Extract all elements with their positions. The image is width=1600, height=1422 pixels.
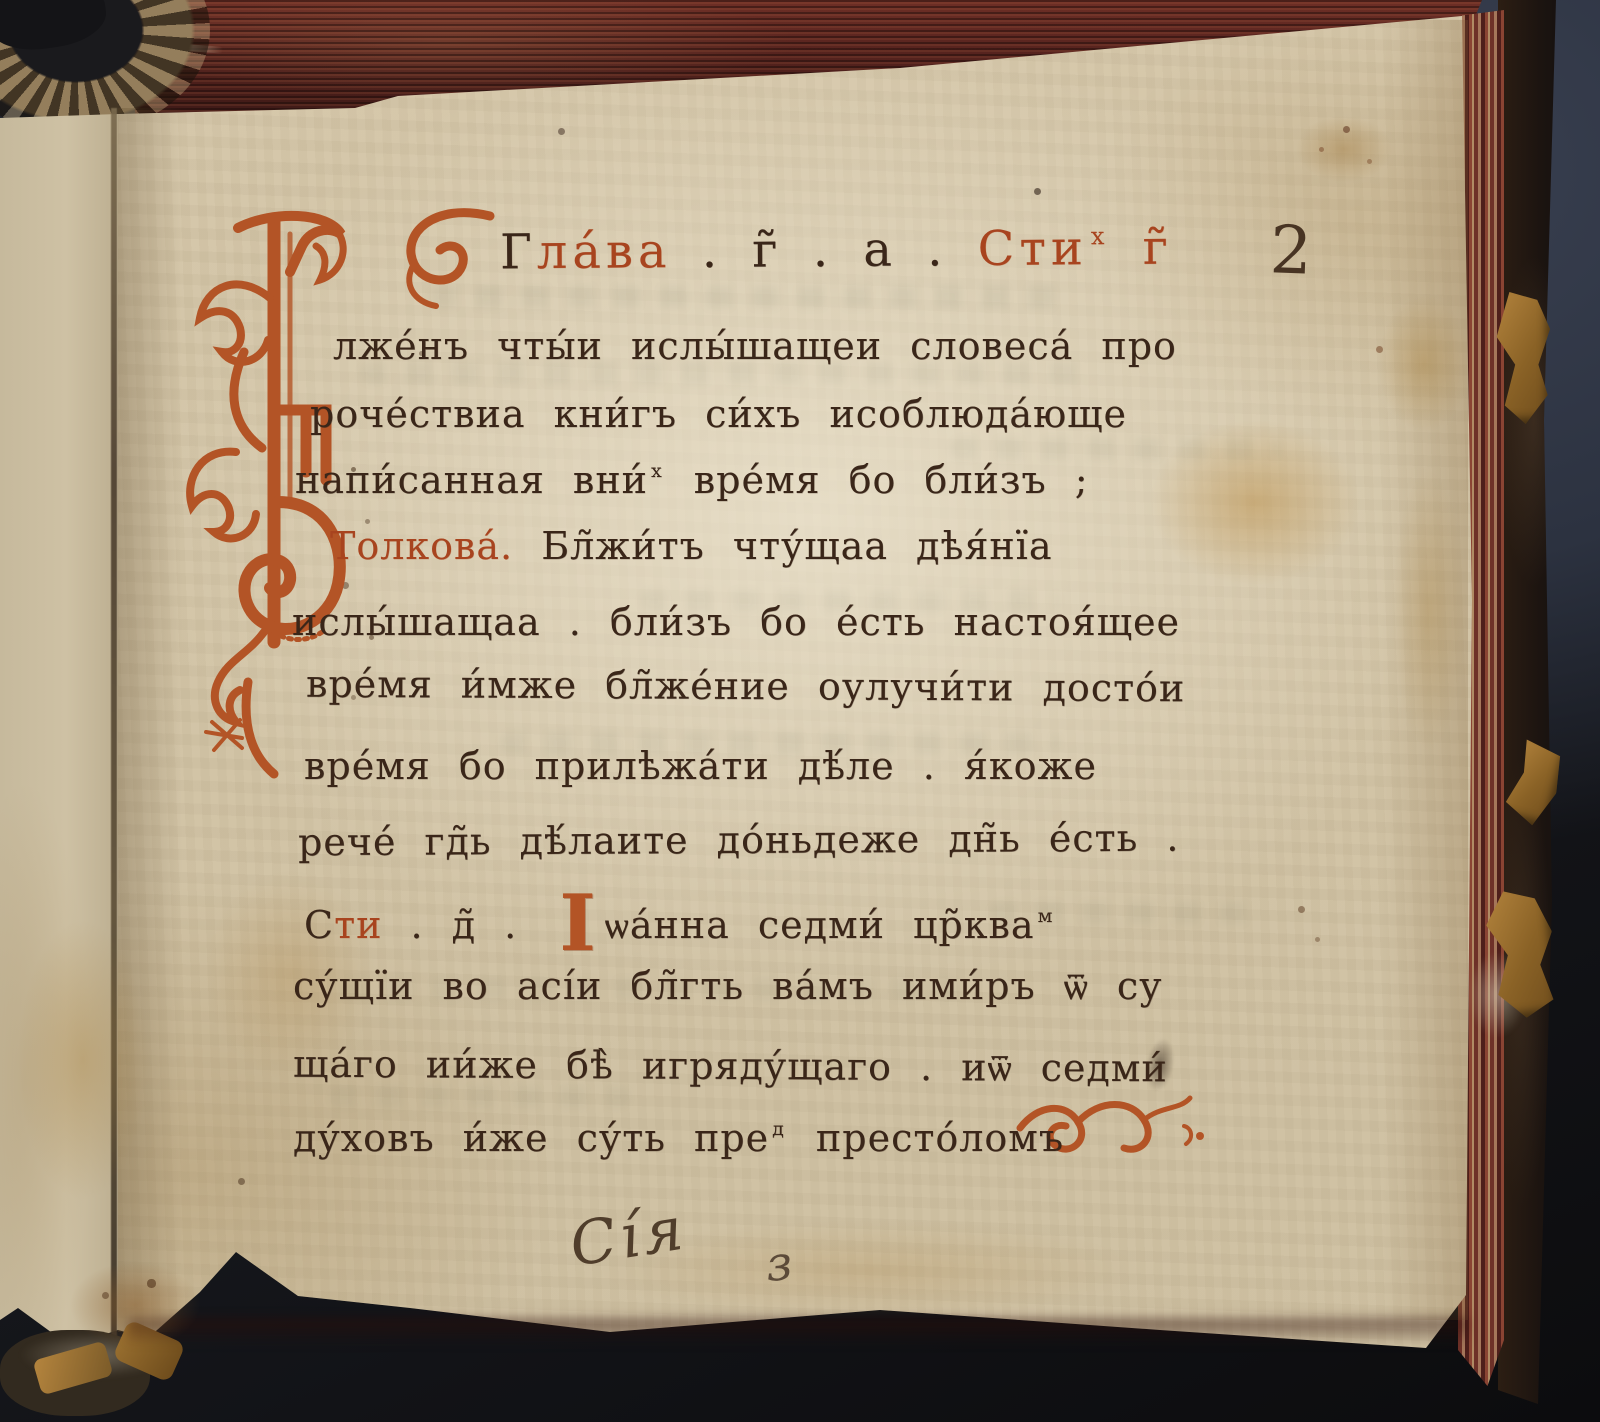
text-line: Сти . д̃ . Іѡа́нна седми́ цр̃квам — [304, 878, 1056, 969]
text-line: ща́го ии́же бѣ̀ игряду́щаго . иѿ седми́ — [293, 1042, 1168, 1092]
text-line: рече́ гд̃ь дѣ́лаите до́ньдеже дн̃ь е́сть… — [298, 816, 1180, 865]
parchment-stain — [1392, 470, 1466, 750]
ink-text: х — [651, 460, 663, 482]
ink-showthrough — [430, 286, 1070, 308]
text-line: Толкова́. Бл̃жи́тъ чту́щаа дѣя́нїа — [330, 524, 1052, 568]
rubric-initial: І — [559, 878, 596, 969]
ink-showthrough — [330, 1086, 630, 1108]
ink-text: рече́ гд̃ь дѣ́лаите до́ньдеже дн̃ь е́сть… — [298, 816, 1180, 865]
ink-text: ислы́шащаа . бли́зъ бо е́сть настоя́щее — [292, 600, 1180, 644]
ink-text: вре́мя и́мже бл̃же́ние оулучи́ти досто́и — [306, 662, 1186, 711]
ink-text: напи́санная вни́ — [295, 458, 648, 502]
ink-text: лже́нъ чты́и ислы́шащеи словеса́ про — [333, 324, 1177, 368]
text-line: напи́санная вни́х вре́мя бо бли́зъ ; — [295, 458, 1089, 502]
ink-text: . — [671, 223, 752, 280]
ink-text: м — [1038, 905, 1054, 927]
ink-text: . д̃ . — [382, 903, 545, 947]
text-line: су́щїи во асі́и бл̃гть ва́мъ ими́ръ ѿ су — [293, 964, 1163, 1009]
ink-text: ща́го ии́же бѣ̀ игряду́щаго . иѿ седми́ — [293, 1042, 1168, 1091]
ink-specks — [0, 0, 3, 3]
ink-text: Бл̃жи́тъ чту́щаа дѣя́нїа — [513, 524, 1052, 568]
parchment-stain — [18, 920, 148, 1200]
ink-text: г̃ — [752, 222, 783, 278]
ink-text: роче́ствиа кни́гъ си́хъ исоблюда́юще — [310, 392, 1127, 436]
ink-text: су́щїи во асі́и бл̃гть ва́мъ ими́ръ ѿ су — [293, 964, 1163, 1008]
leather-cover-edge — [1498, 0, 1558, 1404]
photo-background: Гла́ва . г̃ . а . Стих г̃ 2 лже́нъ чты́и… — [0, 0, 1600, 1422]
rubric-text: Сти — [977, 220, 1088, 277]
folio-number: 2 — [1269, 211, 1314, 289]
ink-text: вре́мя бо прилѣжа́ти дѣ́ле . я́коже — [304, 744, 1097, 788]
rubric-text: ла́ва — [537, 223, 672, 280]
rubric-text: г̃ — [1112, 220, 1173, 276]
ink-text: ѡа́нна седми́ цр̃ква — [605, 903, 1035, 947]
text-line: вре́мя и́мже бл̃же́ние оулучи́ти досто́и — [306, 662, 1186, 711]
text-line: лже́нъ чты́и ислы́шащеи словеса́ про — [333, 324, 1177, 368]
parchment-stain — [70, 1262, 200, 1348]
ink-text: д — [772, 1118, 785, 1140]
ink-text: Г — [500, 224, 537, 280]
ink-showthrough — [950, 438, 1280, 460]
ink-text: ду́ховъ и́же су́ть пре — [293, 1116, 769, 1160]
rubric-text: Толкова́. — [330, 524, 513, 568]
chapter-header: Гла́ва . г̃ . а . Стих г̃ — [500, 220, 1173, 281]
ink-text: престо́ломъ — [788, 1116, 1064, 1160]
text-line: вре́мя бо прилѣжа́ти дѣ́ле . я́коже — [304, 744, 1097, 788]
rubric-text: х — [1091, 222, 1110, 250]
ink-text: С — [304, 903, 334, 947]
rubric-text: ти — [334, 903, 382, 947]
parchment-stain — [1296, 116, 1392, 182]
ink-text: . а . — [782, 221, 978, 278]
text-line: роче́ствиа кни́гъ си́хъ исоблюда́юще — [310, 392, 1127, 436]
page-bottom-shadow — [128, 1318, 1468, 1354]
text-line: ду́ховъ и́же су́ть пред престо́ломъ — [293, 1116, 1064, 1160]
quire-signature-mark: з — [764, 1235, 794, 1293]
parchment-stain — [1378, 296, 1470, 432]
header-flourish-icon — [392, 200, 502, 312]
ink-text: вре́мя бо бли́зъ ; — [666, 458, 1089, 502]
text-line: ислы́шащаа . бли́зъ бо е́сть настоя́щее — [292, 600, 1180, 644]
